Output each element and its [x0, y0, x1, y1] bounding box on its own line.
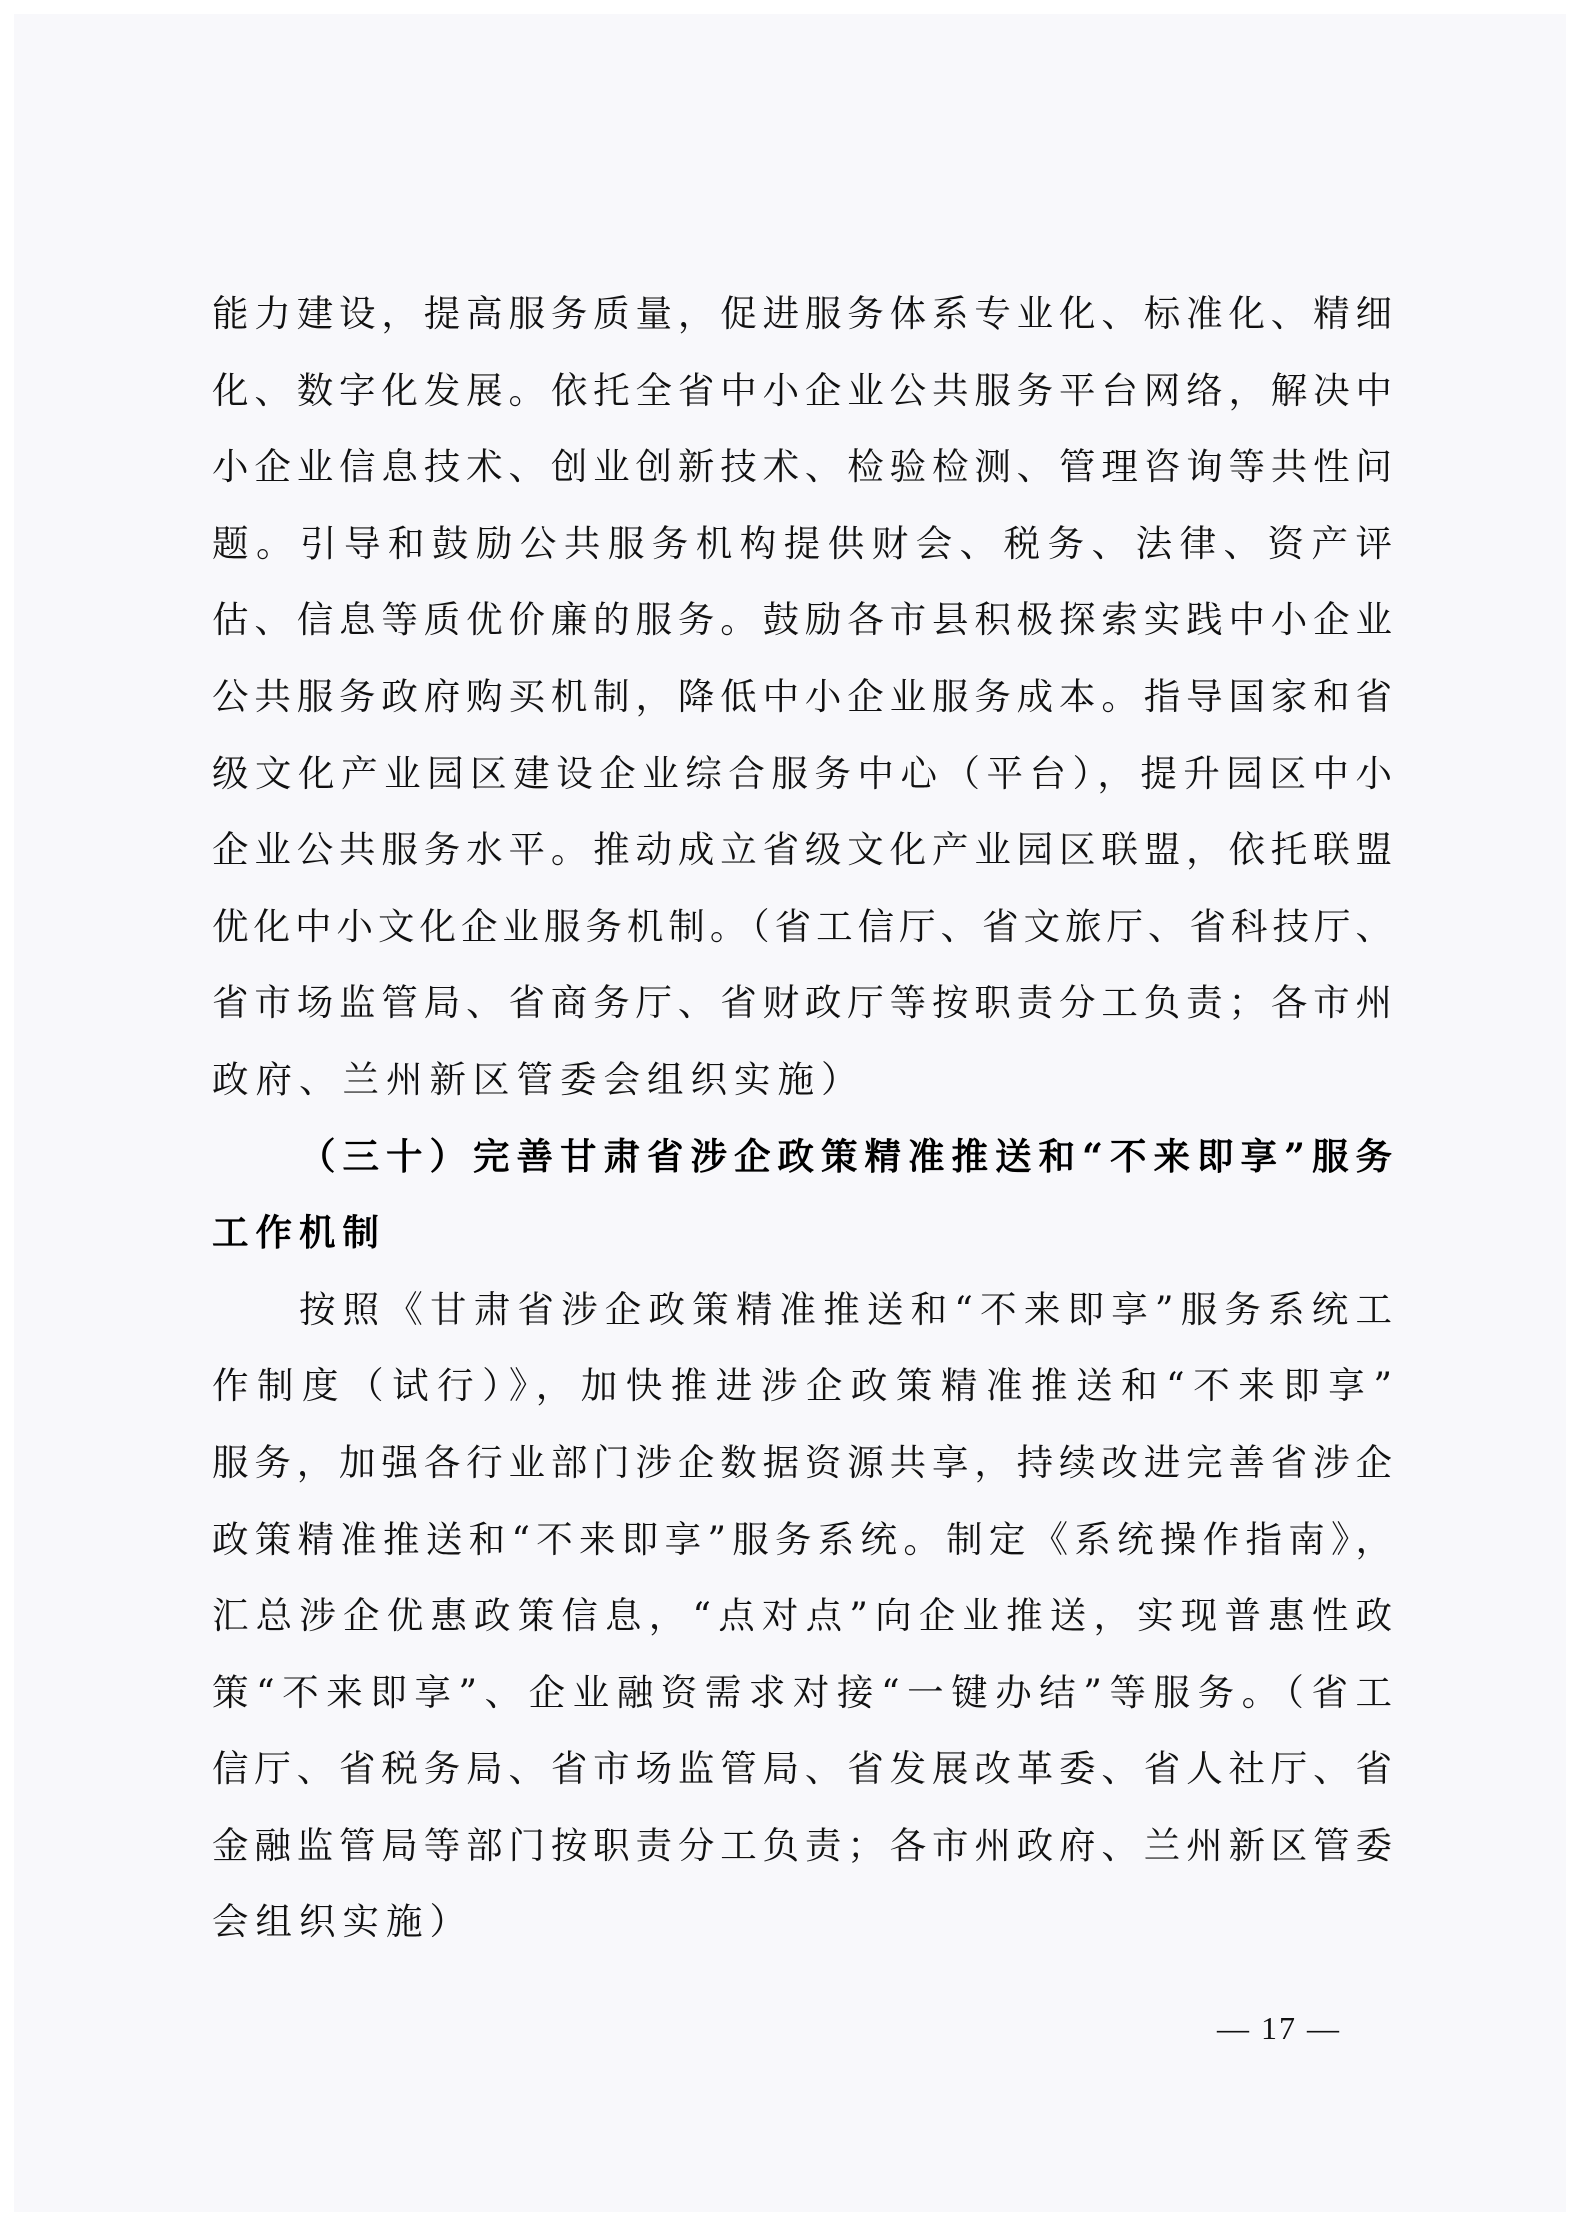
text-line: 汇总涉企优惠政策信息，“点对点”向企业推送，实现普惠性政: [212, 1578, 1392, 1655]
paragraph-service-system: 能力建设，提高服务质量，促进服务体系专业化、标准化、精细 化、数字化发展。依托全…: [212, 276, 1392, 1119]
text-line: 信厅、省税务局、省市场监管局、省发展改革委、省人社厅、省: [212, 1731, 1392, 1808]
heading-line: 工作机制: [212, 1195, 1392, 1272]
heading-line: （三十）完善甘肃省涉企政策精准推送和“不来即享”服务: [212, 1119, 1392, 1196]
text-line: 企业公共服务水平。推动成立省级文化产业园区联盟，依托联盟: [212, 812, 1392, 889]
paragraph-policy-push: 按照《甘肃省涉企政策精准推送和“不来即享”服务系统工 作制度（试行）》，加快推进…: [212, 1272, 1392, 1961]
document-page: 能力建设，提高服务质量，促进服务体系专业化、标准化、精细 化、数字化发展。依托全…: [14, 14, 1566, 2212]
text-line: 小企业信息技术、创业创新技术、检验检测、管理咨询等共性问: [212, 429, 1392, 506]
text-line: 省市场监管局、省商务厅、省财政厅等按职责分工负责；各市州: [212, 965, 1392, 1042]
text-line: 按照《甘肃省涉企政策精准推送和“不来即享”服务系统工: [212, 1272, 1392, 1349]
text-line: 策“不来即享”、企业融资需求对接“一键办结”等服务。（省工: [212, 1655, 1392, 1732]
text-line: 级文化产业园区建设企业综合服务中心（平台），提升园区中小: [212, 736, 1392, 813]
text-line: 政策精准推送和“不来即享”服务系统。制定《系统操作指南》，: [212, 1502, 1392, 1579]
section-heading-30: （三十）完善甘肃省涉企政策精准推送和“不来即享”服务 工作机制: [212, 1119, 1392, 1272]
text-line: 金融监管局等部门按职责分工负责；各市州政府、兰州新区管委: [212, 1808, 1392, 1885]
text-line: 服务，加强各行业部门涉企数据资源共享，持续改进完善省涉企: [212, 1425, 1392, 1502]
text-line: 政府、兰州新区管委会组织实施）: [212, 1042, 1392, 1119]
page-number: — 17 —: [1154, 2010, 1404, 2047]
text-line: 会组织实施）: [212, 1884, 1392, 1961]
text-line: 估、信息等质优价廉的服务。鼓励各市县积极探索实践中小企业: [212, 582, 1392, 659]
text-line: 作制度（试行）》，加快推进涉企政策精准推送和“不来即享”: [212, 1348, 1392, 1425]
text-line: 化、数字化发展。依托全省中小企业公共服务平台网络，解决中: [212, 353, 1392, 430]
page-content: 能力建设，提高服务质量，促进服务体系专业化、标准化、精细 化、数字化发展。依托全…: [212, 276, 1392, 1961]
text-line: 题。引导和鼓励公共服务机构提供财会、税务、法律、资产评: [212, 506, 1392, 583]
text-line: 优化中小文化企业服务机制。（省工信厅、省文旅厅、省科技厅、: [212, 889, 1392, 966]
text-line: 能力建设，提高服务质量，促进服务体系专业化、标准化、精细: [212, 276, 1392, 353]
text-line: 公共服务政府购买机制，降低中小企业服务成本。指导国家和省: [212, 659, 1392, 736]
